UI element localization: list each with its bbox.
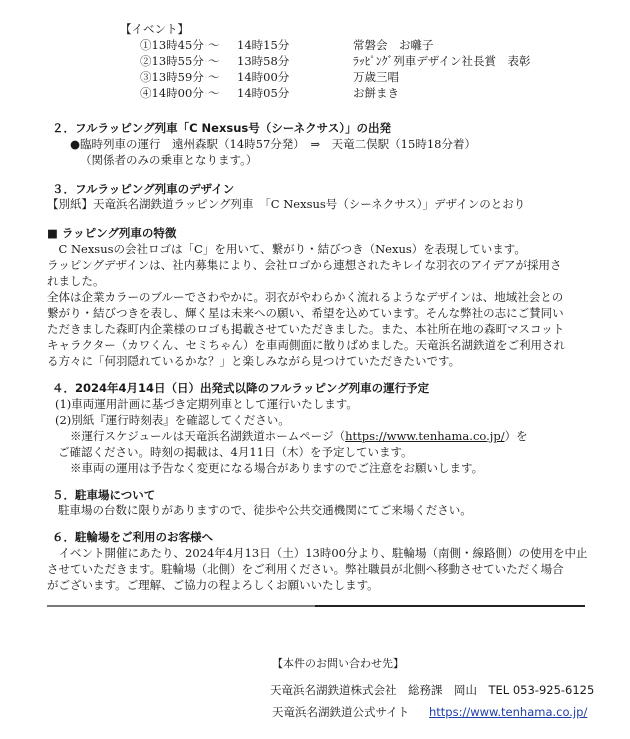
event-end: 13時58分 bbox=[237, 54, 289, 69]
section5-line1: 駐車場の台数に限りがありますので、徒歩や公共交通機関にてご来場ください。 bbox=[58, 503, 472, 518]
event-end: 14時00分 bbox=[237, 70, 289, 85]
event-start: ②13時55分 bbox=[140, 54, 204, 69]
section2-line2: （関係者のみの乗車となります。） bbox=[80, 153, 257, 168]
event-desc: 万歳三唱 bbox=[353, 70, 399, 85]
section4-item1: (1)車両運用計画に基づき定期列車として運行いたします。 bbox=[55, 397, 358, 412]
event-end: 14時15分 bbox=[237, 38, 289, 53]
section3-heading: ３．フルラッピング列車のデザイン bbox=[52, 182, 234, 197]
features-line: 繋がり・結びつきを表し、輝く星は未来への願い、希望を込めています。そんな弊社の志… bbox=[47, 306, 564, 321]
event-sep: ～ bbox=[208, 38, 220, 53]
contact-heading: 【本件のお問い合わせ先】 bbox=[272, 656, 404, 671]
features-line: ただきました森町内企業様のロゴも掲載させていただきました。また、本社所在地の森町… bbox=[47, 322, 564, 337]
section5-heading: ５．駐車場について bbox=[52, 488, 155, 503]
section6-line: させていただきます。駐輪場（北側）をご利用ください。弊社職員が北側へ移動させてい… bbox=[47, 562, 564, 577]
section2-heading: ２．フルラッピング列車「C Nexsus号（シーネクサス）」の出発 bbox=[52, 121, 391, 136]
section4-item2: (2)別紙『運行時刻表』を確認してください。 bbox=[55, 413, 290, 428]
homepage-link[interactable]: https://www.tenhama.co.jp/ bbox=[345, 429, 505, 443]
features-line: ラッピングデザインは、社内募集により、会社ロゴから連想されたキレイな羽衣のアイデ… bbox=[47, 258, 562, 273]
contact-org-line: 天竜浜名湖鉄道株式会社 総務課 岡山 TEL 053-925-6125 bbox=[270, 683, 594, 698]
event-sep: ～ bbox=[208, 86, 220, 101]
divider-shade bbox=[47, 605, 315, 607]
features-line: る方々に「何羽隠れているかな？」と楽しみながら見つけていただきたいです。 bbox=[47, 354, 460, 369]
event-start: ③13時59分 bbox=[140, 70, 204, 85]
event-end: 14時05分 bbox=[237, 86, 289, 101]
events-header: 【イベント】 bbox=[120, 22, 189, 37]
section4-heading: ４．2024年4月14日（日）出発式以降のフルラッピング列車の運行予定 bbox=[52, 381, 429, 396]
contact-site-label: 天竜浜名湖鉄道公式サイト bbox=[272, 705, 409, 720]
event-desc: 常磐会 お囃子 bbox=[353, 38, 434, 53]
event-start: ①13時45分 bbox=[140, 38, 204, 53]
section4-note1-cont: ご確認ください。時刻の掲載は、4月11日（木）を予定しています。 bbox=[58, 445, 413, 460]
features-heading: ■ ラッピング列車の特徴 bbox=[47, 226, 176, 241]
event-desc: ﾗｯﾋﾟﾝｸﾞ列車デザイン社長賞 表彰 bbox=[353, 54, 530, 69]
section3-line1: 【別紙】天竜浜名湖鉄道ラッピング列車 「C Nexsus号（シーネクサス）」デザ… bbox=[47, 197, 525, 212]
features-line: 全体は企業カラーのブルーでさわやかに。羽衣がやわらかく流れるようなデザインは、地… bbox=[47, 290, 563, 305]
section6-line: がございます。ご理解、ご協力の程よろしくお願いいたします。 bbox=[47, 578, 379, 593]
contact-site-link[interactable]: https://www.tenhama.co.jp/ bbox=[429, 705, 587, 720]
event-desc: お餅まき bbox=[353, 86, 399, 101]
note1-pre: ※運行スケジュールは天竜浜名湖鉄道ホームページ（ bbox=[70, 429, 345, 443]
features-line: C Nexsusの会社ロゴは「C」を用いて、繋がり・結びつき（Nexus）を表現… bbox=[47, 242, 526, 257]
section6-line: イベント開催にあたり、2024年4月13日（土）13時00分より、駐輪場（南側・… bbox=[47, 546, 587, 561]
event-sep: ～ bbox=[208, 70, 220, 85]
section6-heading: ６．駐輪場をご利用のお客様へ bbox=[52, 530, 213, 545]
event-sep: ～ bbox=[208, 54, 220, 69]
section4-note2: ※車両の運用は予告なく変更になる場合がありますのでご注意をお願いします。 bbox=[70, 461, 483, 476]
features-line: れました。 bbox=[47, 274, 105, 289]
section2-line1: ●臨時列車の運行 遠州森駅（14時57分発） ⇒ 天竜二俣駅（15時18分着） bbox=[70, 137, 476, 152]
section4-note1: ※運行スケジュールは天竜浜名湖鉄道ホームページ（https://www.tenh… bbox=[70, 429, 528, 444]
features-line: キャラクター（カワくん、セミちゃん）を車両側面に散りばめました。天竜浜名湖鉄道を… bbox=[47, 338, 565, 353]
event-start: ④14時00分 bbox=[140, 86, 204, 101]
note1-post: ）を bbox=[505, 429, 528, 443]
